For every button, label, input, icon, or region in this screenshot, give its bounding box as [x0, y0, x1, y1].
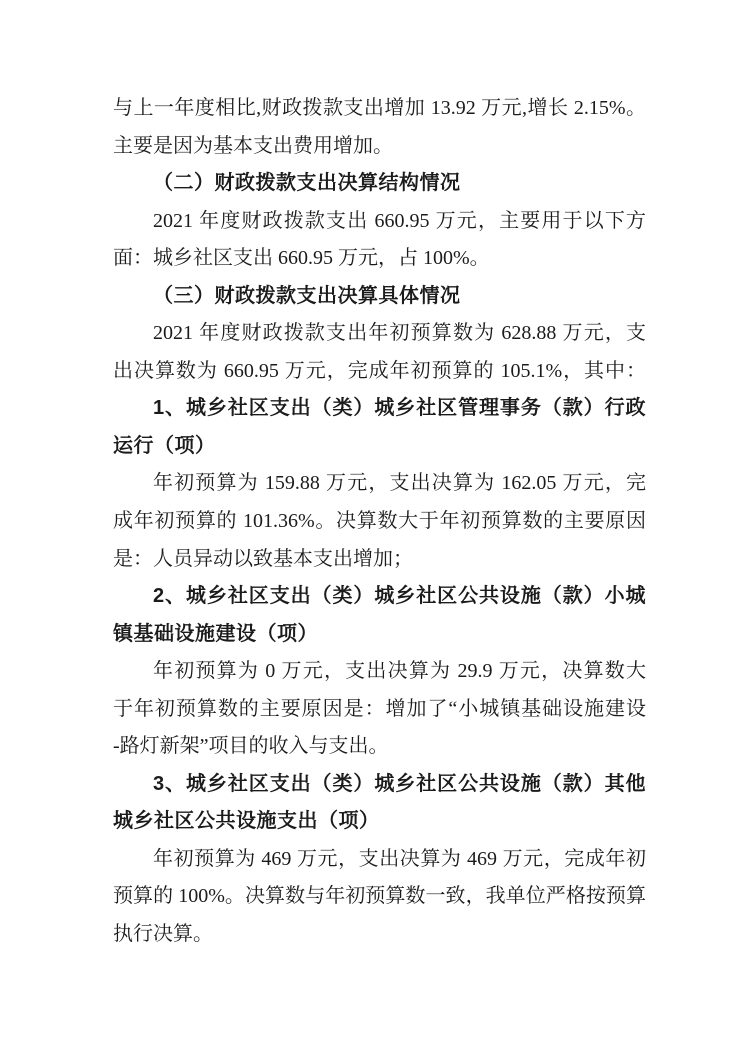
- body-line-22: 预算的 100%。决算数与年初预算数一致，我单位严格按预算: [113, 878, 646, 916]
- body-line-13: 是：人员异动以致基本支出增加；: [113, 541, 646, 579]
- section-3-heading: （三）财政拨款支出决算具体情况: [113, 278, 646, 316]
- item-2-heading-line-1: 2、城乡社区支出（类）城乡社区公共设施（款）小城: [113, 578, 646, 616]
- item-3-heading-line-2: 城乡社区公共设施支出（项）: [113, 803, 646, 841]
- body-line-23: 执行决算。: [113, 916, 646, 954]
- body-line-04: 2021 年度财政拨款支出 660.95 万元，主要用于以下方: [113, 203, 646, 241]
- body-line-11: 年初预算为 159.88 万元，支出决算为 162.05 万元，完: [113, 465, 646, 503]
- item-1-heading-line-1: 1、城乡社区支出（类）城乡社区管理事务（款）行政: [113, 390, 646, 428]
- item-1-heading-line-2: 运行（项）: [113, 428, 646, 466]
- document-page: 与上一年度相比,财政拨款支出增加 13.92 万元,增长 2.15%。 主要是因…: [0, 0, 752, 1064]
- page-content: 与上一年度相比,财政拨款支出增加 13.92 万元,增长 2.15%。 主要是因…: [113, 90, 646, 954]
- body-line-05: 面：城乡社区支出 660.95 万元，占 100%。: [113, 240, 646, 278]
- body-line-02: 主要是因为基本支出费用增加。: [113, 128, 646, 166]
- body-line-01: 与上一年度相比,财政拨款支出增加 13.92 万元,增长 2.15%。: [113, 90, 646, 128]
- body-line-16: 年初预算为 0 万元，支出决算为 29.9 万元，决算数大: [113, 653, 646, 691]
- body-line-12: 成年初预算的 101.36%。决算数大于年初预算数的主要原因: [113, 503, 646, 541]
- body-line-21: 年初预算为 469 万元，支出决算为 469 万元，完成年初: [113, 841, 646, 879]
- item-3-heading-line-1: 3、城乡社区支出（类）城乡社区公共设施（款）其他: [113, 766, 646, 804]
- body-line-17: 于年初预算数的主要原因是：增加了“小城镇基础设施建设: [113, 691, 646, 729]
- body-line-07: 2021 年度财政拨款支出年初预算数为 628.88 万元，支: [113, 315, 646, 353]
- body-line-08: 出决算数为 660.95 万元，完成年初预算的 105.1%，其中：: [113, 353, 646, 391]
- section-2-heading: （二）财政拨款支出决算结构情况: [113, 165, 646, 203]
- item-2-heading-line-2: 镇基础设施建设（项）: [113, 616, 646, 654]
- body-line-18: -路灯新架”项目的收入与支出。: [113, 728, 646, 766]
